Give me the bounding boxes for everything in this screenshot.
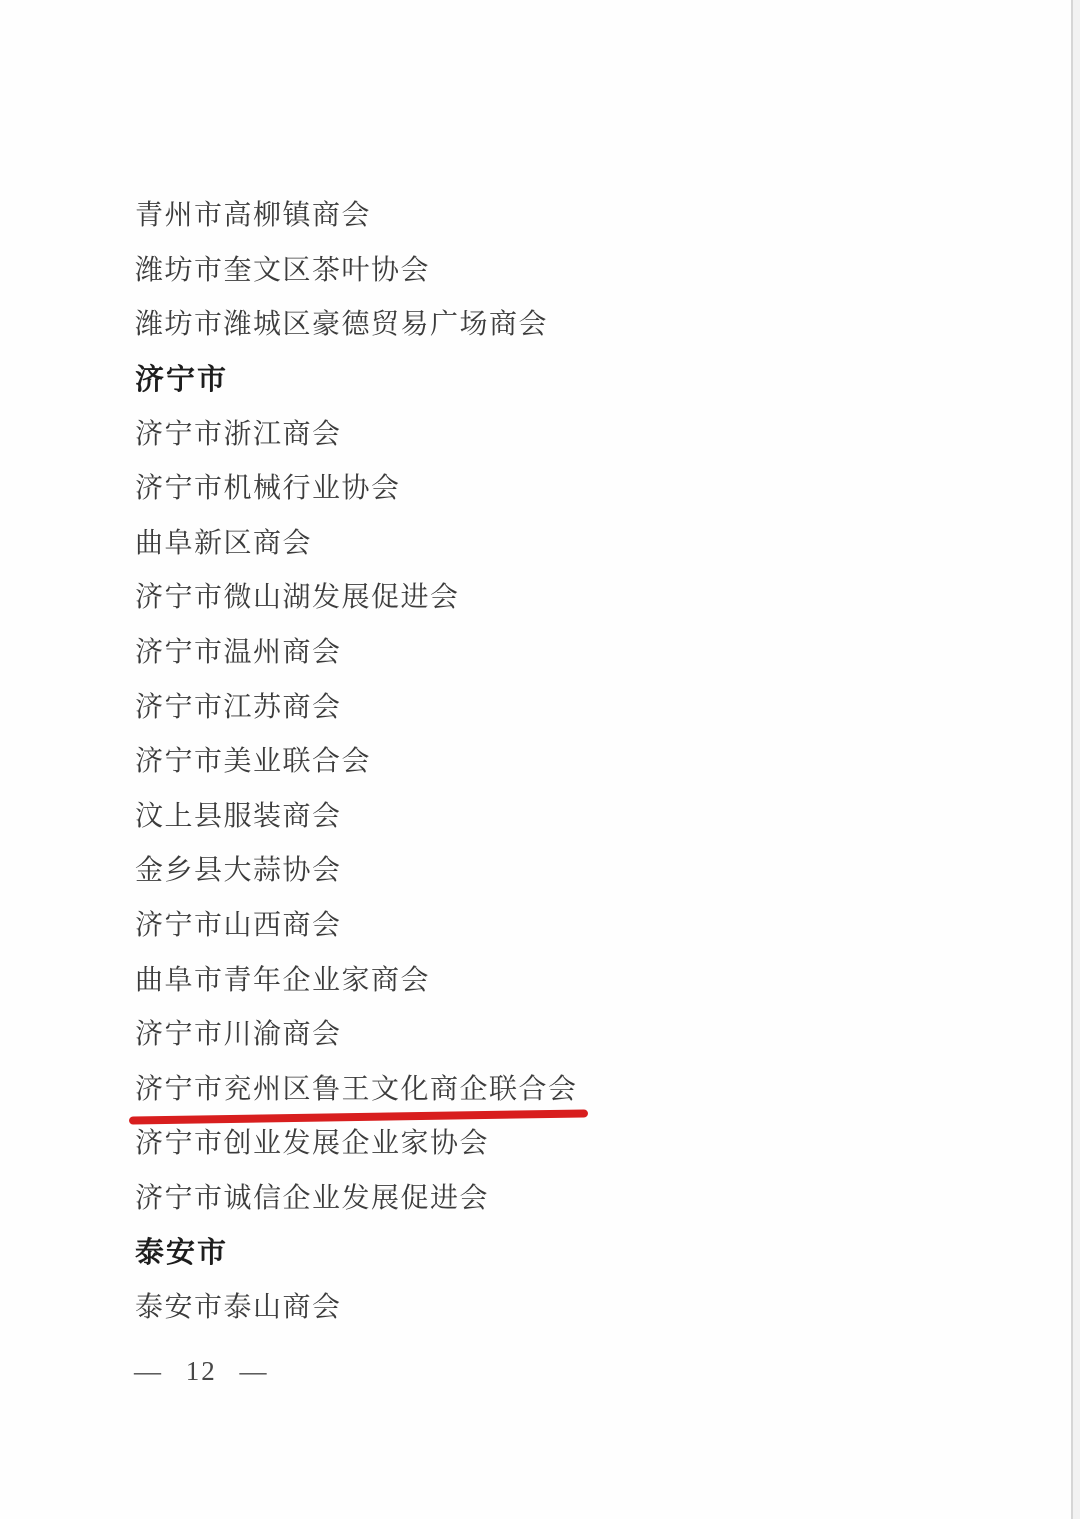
entry-text: 济宁市江苏商会 bbox=[135, 685, 342, 725]
entry-text: 济宁市诚信企业发展促进会 bbox=[135, 1176, 489, 1216]
entry-text: 汶上县服装商会 bbox=[135, 794, 342, 834]
entry-text: 青州市高柳镇商会 bbox=[135, 193, 371, 233]
list-item: 济宁市兖州区鲁王文化商企联合会 bbox=[135, 1060, 1040, 1115]
list-item: 济宁市温州商会 bbox=[135, 623, 1040, 678]
list-item: 济宁市诚信企业发展促进会 bbox=[135, 1169, 1040, 1224]
list-item: 济宁市微山湖发展促进会 bbox=[135, 568, 1040, 623]
list-item: 济宁市江苏商会 bbox=[135, 677, 1040, 732]
scan-page-edge bbox=[1071, 0, 1080, 1519]
list-item: 济宁市川渝商会 bbox=[135, 1005, 1040, 1060]
entries-list: 青州市高柳镇商会潍坊市奎文区茶叶协会潍坊市潍城区豪德贸易广场商会济宁市济宁市浙江… bbox=[135, 186, 1040, 1332]
list-item: 济宁市机械行业协会 bbox=[135, 459, 1040, 514]
entry-text: 济宁市兖州区鲁王文化商企联合会 bbox=[135, 1067, 578, 1107]
entry-text: 金乡县大蒜协会 bbox=[135, 848, 342, 888]
entry-text: 泰安市泰山商会 bbox=[135, 1285, 342, 1325]
entry-text: 济宁市 bbox=[135, 357, 228, 398]
list-item: 济宁市浙江商会 bbox=[135, 404, 1040, 459]
entry-text: 泰安市 bbox=[135, 1230, 228, 1271]
section-heading: 泰安市 bbox=[135, 1223, 1040, 1278]
entry-text: 济宁市温州商会 bbox=[135, 630, 342, 670]
list-item: 济宁市创业发展企业家协会 bbox=[135, 1114, 1040, 1169]
entry-text: 济宁市机械行业协会 bbox=[135, 466, 401, 506]
entry-text: 济宁市微山湖发展促进会 bbox=[135, 575, 460, 615]
page-number: — 12 — bbox=[134, 1356, 269, 1387]
entry-text: 潍坊市奎文区茶叶协会 bbox=[135, 248, 430, 288]
entry-text: 潍坊市潍城区豪德贸易广场商会 bbox=[135, 302, 548, 342]
entry-text: 曲阜市青年企业家商会 bbox=[135, 958, 430, 998]
list-item: 潍坊市奎文区茶叶协会 bbox=[135, 241, 1040, 296]
list-item: 泰安市泰山商会 bbox=[135, 1278, 1040, 1333]
list-item: 金乡县大蒜协会 bbox=[135, 841, 1040, 896]
list-item: 曲阜新区商会 bbox=[135, 514, 1040, 569]
entry-text: 济宁市浙江商会 bbox=[135, 412, 342, 452]
list-item: 潍坊市潍城区豪德贸易广场商会 bbox=[135, 295, 1040, 350]
list-item: 汶上县服装商会 bbox=[135, 787, 1040, 842]
entry-text: 曲阜新区商会 bbox=[135, 521, 312, 561]
entry-text: 济宁市山西商会 bbox=[135, 903, 342, 943]
entry-text: 济宁市创业发展企业家协会 bbox=[135, 1121, 489, 1161]
list-item: 济宁市美业联合会 bbox=[135, 732, 1040, 787]
entry-text: 济宁市美业联合会 bbox=[135, 739, 371, 779]
list-item: 济宁市山西商会 bbox=[135, 896, 1040, 951]
document-page: 青州市高柳镇商会潍坊市奎文区茶叶协会潍坊市潍城区豪德贸易广场商会济宁市济宁市浙江… bbox=[0, 0, 1080, 1519]
list-item: 曲阜市青年企业家商会 bbox=[135, 950, 1040, 1005]
list-item: 青州市高柳镇商会 bbox=[135, 186, 1040, 241]
entry-text: 济宁市川渝商会 bbox=[135, 1012, 342, 1052]
section-heading: 济宁市 bbox=[135, 350, 1040, 405]
